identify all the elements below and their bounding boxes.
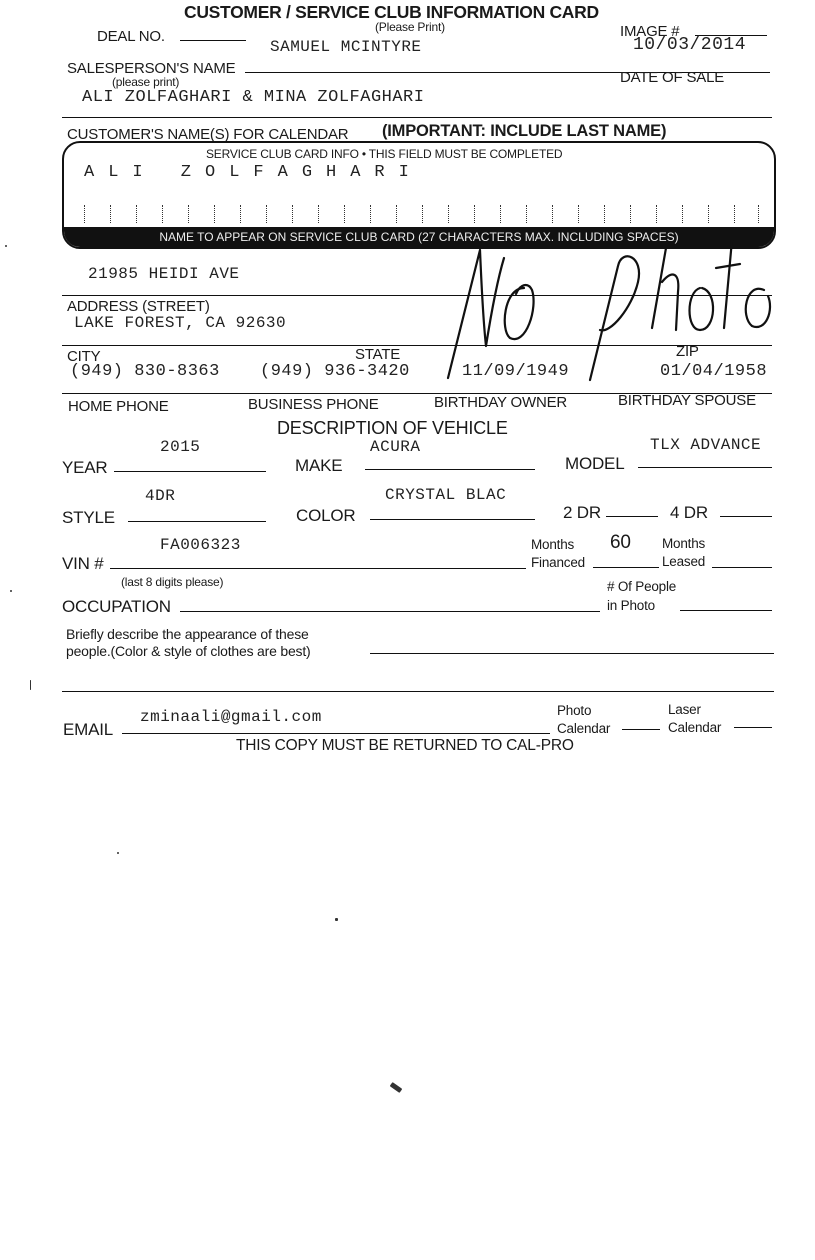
important-note: (IMPORTANT: INCLUDE LAST NAME) xyxy=(382,122,666,141)
describe-label-2: people.(Color & style of clothes are bes… xyxy=(66,643,311,659)
model-field[interactable] xyxy=(638,467,772,468)
months-financed-label-1: Months xyxy=(531,537,574,552)
scan-speck xyxy=(335,918,338,921)
year-value[interactable]: 2015 xyxy=(160,438,200,456)
email-label: EMAIL xyxy=(63,720,113,740)
vin-label: VIN # xyxy=(62,554,104,574)
please-print-small: (please print) xyxy=(112,75,179,89)
street-label: ADDRESS (STREET) xyxy=(67,298,210,315)
vin-value[interactable]: FA006323 xyxy=(160,536,241,554)
handwritten-no-photo-icon: No Photo xyxy=(440,238,780,388)
scan-speck xyxy=(10,590,12,592)
service-card-header: SERVICE CLUB CARD INFO • THIS FIELD MUST… xyxy=(206,147,562,161)
date-of-sale-value[interactable]: 10/03/2014 xyxy=(633,35,746,55)
photo-calendar-label-2: Calendar xyxy=(557,721,610,736)
date-of-sale-label: DATE OF SALE xyxy=(620,69,724,86)
photo-calendar-label-1: Photo xyxy=(557,703,591,718)
four-door-label: 4 DR xyxy=(670,503,708,523)
vin-field[interactable] xyxy=(110,568,526,569)
describe-label-1: Briefly describe the appearance of these xyxy=(66,626,309,642)
two-door-field[interactable] xyxy=(606,516,658,517)
street-value[interactable]: 21985 HEIDI AVE xyxy=(88,265,240,283)
occupation-label: OCCUPATION xyxy=(62,597,171,617)
describe-field-2[interactable] xyxy=(62,691,774,692)
home-phone-label: HOME PHONE xyxy=(68,398,169,415)
two-door-label: 2 DR xyxy=(563,503,601,523)
color-label: COLOR xyxy=(296,506,355,526)
months-leased-label-2: Leased xyxy=(662,554,705,569)
return-note: THIS COPY MUST BE RETURNED TO CAL-PRO xyxy=(236,737,574,755)
salesperson-value[interactable]: SAMUEL MCINTYRE xyxy=(270,38,422,56)
vehicle-section-title: DESCRIPTION OF VEHICLE xyxy=(277,418,508,439)
model-value[interactable]: TLX ADVANCE xyxy=(650,436,761,454)
service-club-card-box: SERVICE CLUB CARD INFO • THIS FIELD MUST… xyxy=(62,141,776,249)
months-leased-field[interactable] xyxy=(712,567,772,568)
make-value[interactable]: ACURA xyxy=(370,438,421,456)
deal-no-field[interactable] xyxy=(180,40,246,41)
scan-speck xyxy=(117,852,119,854)
color-value[interactable]: CRYSTAL BLAC xyxy=(385,486,506,504)
city-state-value[interactable]: LAKE FOREST, CA 92630 xyxy=(74,314,286,332)
make-label: MAKE xyxy=(295,456,342,476)
months-leased-label-1: Months xyxy=(662,536,705,551)
home-phone-value[interactable]: (949) 830-8363 xyxy=(70,362,220,381)
style-label: STYLE xyxy=(62,508,115,528)
year-field[interactable] xyxy=(114,471,266,472)
deal-no-label: DEAL NO. xyxy=(97,28,165,45)
style-value[interactable]: 4DR xyxy=(145,487,175,505)
email-field[interactable] xyxy=(122,733,550,734)
people-in-photo-label-1: # Of People xyxy=(607,579,676,594)
four-door-field[interactable] xyxy=(720,516,772,517)
business-phone-label: BUSINESS PHONE xyxy=(248,396,379,413)
describe-field-1[interactable] xyxy=(370,653,774,654)
email-value[interactable]: zminaali@gmail.com xyxy=(140,708,322,726)
occupation-field[interactable] xyxy=(180,611,600,612)
scan-speck xyxy=(5,245,7,247)
scan-speck xyxy=(30,680,31,690)
months-financed-value[interactable]: 60 xyxy=(610,532,631,554)
people-in-photo-field[interactable] xyxy=(680,610,772,611)
laser-calendar-label-1: Laser xyxy=(668,702,701,717)
vin-hint: (last 8 digits please) xyxy=(121,575,223,589)
make-field[interactable] xyxy=(365,469,535,470)
birthday-spouse-label: BIRTHDAY SPOUSE xyxy=(618,392,756,409)
color-field[interactable] xyxy=(370,519,535,520)
months-financed-label-2: Financed xyxy=(531,555,585,570)
scan-speck xyxy=(390,1082,403,1093)
model-label: MODEL xyxy=(565,454,624,474)
months-financed-field[interactable] xyxy=(593,567,659,568)
people-in-photo-label-2: in Photo xyxy=(607,598,655,613)
style-field[interactable] xyxy=(128,521,266,522)
state-label: STATE xyxy=(355,346,400,363)
year-label: YEAR xyxy=(62,458,108,478)
photo-calendar-field[interactable] xyxy=(622,729,660,730)
customer-names-field[interactable] xyxy=(62,117,772,118)
laser-calendar-field[interactable] xyxy=(734,727,772,728)
customer-names-value[interactable]: ALI ZOLFAGHARI & MINA ZOLFAGHARI xyxy=(82,88,424,107)
birthday-owner-label: BIRTHDAY OWNER xyxy=(434,394,567,411)
service-card-name-field[interactable]: ALI ZOLFAGHARI xyxy=(84,163,423,182)
laser-calendar-label-2: Calendar xyxy=(668,720,721,735)
business-phone-value[interactable]: (949) 936-3420 xyxy=(260,362,410,381)
please-print-note: (Please Print) xyxy=(375,20,445,34)
